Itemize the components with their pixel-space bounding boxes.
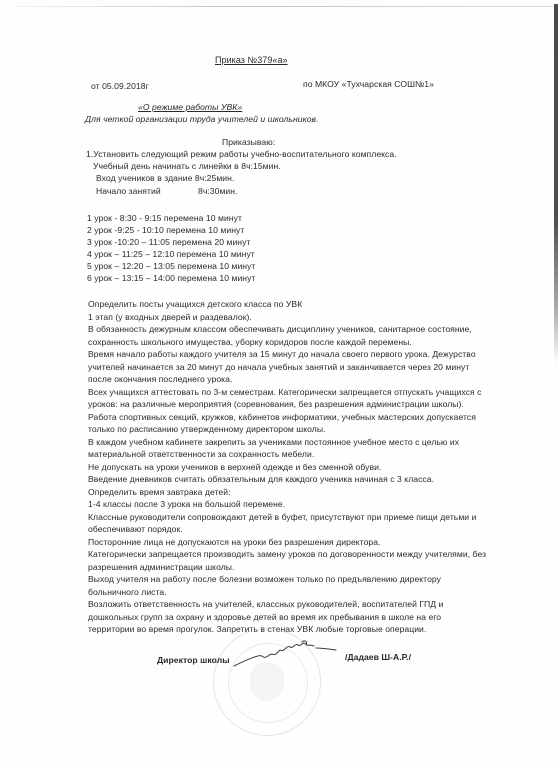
signature-name: /Дадаев Ш-А.Р./ [345, 651, 411, 663]
body-line: уроков: на различные мероприятия (соревн… [88, 398, 464, 410]
order-title: Приказ №379«а» [215, 54, 288, 66]
order-subject: «О режиме работы УВК» [138, 101, 242, 113]
director-signature [232, 636, 342, 672]
order-date: от 05.09.2018г [91, 80, 149, 92]
body-line: обеспечивают порядок. [88, 523, 183, 535]
body-line: 1-4 классы после 3 урока на большой пере… [88, 498, 285, 510]
body-line: В обязанность дежурным классом обеспечив… [88, 323, 472, 335]
body-line: Не допускать на уроки учеников в верхней… [88, 461, 381, 473]
lesson-row: 2 урок -9:25 - 10:10 перемена 10 минут [87, 224, 244, 236]
body-line: Посторонние лица не допускаются на уроки… [88, 536, 381, 548]
body-line: учителей начинается за 20 минут до начал… [88, 361, 469, 373]
item-1: 1.Установить следующий режим работы учеб… [86, 148, 397, 160]
lesson-row: 3 урок -10:20 – 11:05 перемена 20 минут [87, 236, 250, 248]
start-time: 8ч:30мин. [198, 185, 238, 197]
order-purpose: Для четкой организации труда учителей и … [85, 113, 319, 125]
body-line: Категорически запрещается производить за… [88, 548, 486, 560]
body-line: В каждом учебном кабинете закрепить за у… [88, 436, 459, 448]
body-line: Всех учащихся аттестовать по 3-м семестр… [88, 386, 481, 398]
body-line: больничного листа. [88, 586, 167, 598]
body-line: Время начало работы каждого учителя за 1… [88, 348, 476, 360]
schedule-line: Вход учеников в здание 8ч:25мин. [96, 172, 234, 184]
scanned-document-page: Приказ №379«а» от 05.09.2018г по МКОУ «Т… [0, 0, 559, 768]
lesson-row: 4 урок – 11:25 – 12:10 перемена 10 минут [87, 248, 255, 260]
body-line: сохранность школьного имущества, уборку … [88, 336, 412, 348]
body-line: Определить время завтрака детей: [88, 486, 231, 498]
lesson-row: 1 урок - 8:30 - 9:15 перемена 10 минут [87, 212, 242, 224]
body-line: Выход учителя на работу после болезни во… [88, 573, 441, 585]
organization-name: по МКОУ «Тухчарская СОШ№1» [303, 78, 434, 90]
body-line: после окончания последнего урока. [88, 373, 232, 385]
body-line: только по расписанию утвержденному дирек… [88, 423, 326, 435]
body-line: Возложить ответственность на учителей, к… [88, 598, 443, 610]
body-line: материальной ответственности за сохранно… [88, 448, 314, 460]
body-line: Классные руководители сопровождают детей… [88, 511, 476, 523]
lesson-row: 5 урок – 12:20 – 13:05 перемена 10 минут [87, 260, 255, 272]
body-line: Определить посты учащихся детского класс… [88, 298, 302, 310]
lesson-row: 6 урок – 13:15 – 14:00 перемена 10 минут [87, 272, 255, 284]
page-top-edge [14, 6, 554, 7]
order-word: Приказываю: [222, 136, 275, 148]
page-right-edge-shadow [554, 4, 558, 364]
body-line: дошкольных групп за охрану и здоровье де… [88, 611, 441, 623]
signature-label: Директор школы [157, 654, 230, 666]
schedule-line: Учебный день начинать с линейки в 8ч:15м… [93, 160, 281, 172]
body-line: Работа спортивных секций, кружков, кабин… [88, 411, 476, 423]
start-label: Начало занятий [96, 185, 161, 197]
body-line: разрешения администрации школы. [88, 561, 234, 573]
body-line: Введение дневников считать обязательным … [88, 473, 434, 485]
body-line: 1 этап (у входных дверей и раздевалок). [88, 311, 252, 323]
